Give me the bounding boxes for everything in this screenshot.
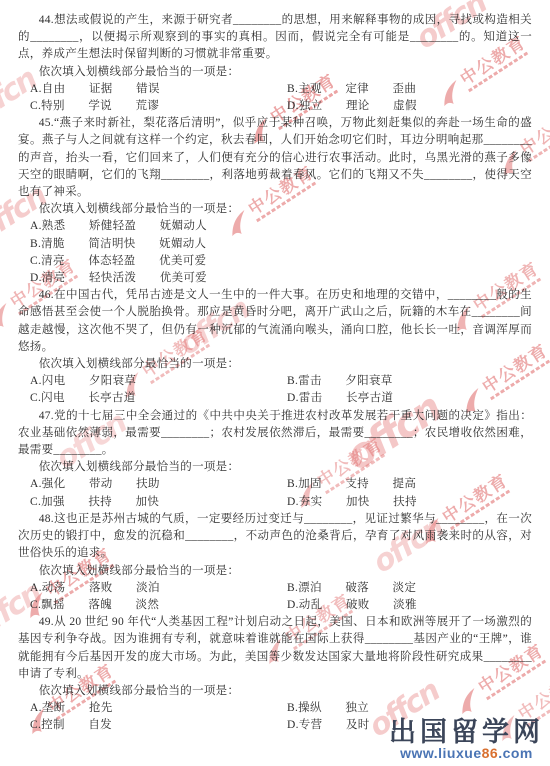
question-44-option-D: D.独立 理论 虚假 [287, 98, 532, 115]
question-44-stem: 44.想法或假说的产生，来源于研究者________的思想，用来解释事物的成因，… [18, 12, 532, 64]
question-45-prompt: 依次填入划横线部分最恰当的一项是： [18, 201, 532, 218]
question-47-stem: 47.党的十七届三中全会通过的《中共中央关于推进农村改革发展若干重大问题的决定》… [18, 408, 532, 460]
url-prefix: www.liuxue [400, 745, 482, 761]
question-46-stem: 46.在中国古代，凭吊古迹是文人一生中的一件大事。在历史和地理的交错中，____… [18, 287, 532, 356]
question-47-option-A: A.强化 带动 扶助 [30, 476, 287, 493]
question-45-option-D: D.清亮 轻快活泼 优美可爱 [30, 270, 532, 287]
question-49-prompt: 依次填入划横线部分最恰当的一项是： [18, 683, 532, 700]
question-45-option-B: B.清脆 简洁明快 妩媚动人 [30, 236, 532, 253]
question-48-option-A: A.动荡 落败 淡泊 [30, 580, 287, 597]
question-45-option-A: A.熟悉 矫健轻盈 妩媚动人 [30, 218, 532, 235]
question-49-option-C: C.控制 自发 [30, 717, 287, 734]
question-44-option-A: A.自由 证据 错误 [30, 81, 287, 98]
question-45-stem: 45.“燕子来时新社，梨花落后清明”，似乎应于某种召唤，万物此刻赶集似的奔赴一场… [18, 115, 532, 201]
question-46-option-D: D.雷击 长亭古道 [287, 390, 532, 407]
question-47-option-B: B.加固 支持 提高 [287, 476, 532, 493]
question-48-option-C: C.飘摇 落魄 淡然 [30, 597, 287, 614]
exam-page: offcn中公教育中公教育offcn中公教育中公教育offcn中公教育offcn… [0, 0, 550, 766]
question-47-prompt: 依次填入划横线部分最恰当的一项是： [18, 459, 532, 476]
question-49-option-A: A.垄断 抢先 [30, 700, 287, 717]
url-suffix: .com [498, 745, 533, 761]
question-47-options: A.强化 带动 扶助B.加固 支持 提高C.加强 扶持 加快D.夯实 加快 扶持 [18, 476, 532, 510]
question-45-options: A.熟悉 矫健轻盈 妩媚动人B.清脆 简洁明快 妩媚动人C.清亮 体态轻盈 优美… [18, 218, 532, 287]
question-49-option-B: B.操纵 独立 [287, 700, 532, 717]
question-47-option-C: C.加强 扶持 加快 [30, 494, 287, 511]
question-44-option-B: B.主观 定律 歪曲 [287, 81, 532, 98]
question-48-option-D: D.动乱 破败 淡雅 [287, 597, 532, 614]
question-48: 48.这也正是苏州古城的气质，一定要经历过变迁与________，见证过繁华与_… [18, 511, 532, 614]
site-url-text: www.liuxue86.com [389, 746, 544, 761]
question-list: 44.想法或假说的产生，来源于研究者________的思想，用来解释事物的成因，… [0, 0, 550, 735]
question-46-option-C: C.闪电 长亭古道 [30, 390, 287, 407]
question-45: 45.“燕子来时新社，梨花落后清明”，似乎应于某种召唤，万物此刻赶集似的奔赴一场… [18, 115, 532, 287]
site-name-text: 出国留学网 [389, 719, 544, 746]
question-46-option-B: B.雷击 夕阳衰草 [287, 373, 532, 390]
question-47-option-D: D.夯实 加快 扶持 [287, 494, 532, 511]
site-logo: 出国留学网 www.liuxue86.com [389, 719, 544, 761]
question-44-option-C: C.特别 学说 荒谬 [30, 98, 287, 115]
question-47: 47.党的十七届三中全会通过的《中共中央关于推进农村改革发展若干重大问题的决定》… [18, 408, 532, 511]
question-46-options: A.闪电 夕阳衰草B.雷击 夕阳衰草C.闪电 长亭古道D.雷击 长亭古道 [18, 373, 532, 407]
question-48-options: A.动荡 落败 淡泊B.漂泊 破落 淡定C.飘摇 落魄 淡然D.动乱 破败 淡雅 [18, 580, 532, 614]
question-49-stem: 49.从 20 世纪 90 年代“人类基因工程”计划启动之日起，美国、日本和欧洲… [18, 614, 532, 683]
question-46-option-A: A.闪电 夕阳衰草 [30, 373, 287, 390]
question-44-prompt: 依次填入划横线部分最恰当的一项是： [18, 64, 532, 81]
question-46: 46.在中国古代，凭吊古迹是文人一生中的一件大事。在历史和地理的交错中，____… [18, 287, 532, 407]
question-48-option-B: B.漂泊 破落 淡定 [287, 580, 532, 597]
question-45-option-C: C.清亮 体态轻盈 优美可爱 [30, 253, 532, 270]
url-number: 86 [482, 745, 499, 761]
question-44: 44.想法或假说的产生，来源于研究者________的思想，用来解释事物的成因，… [18, 12, 532, 115]
question-48-stem: 48.这也正是苏州古城的气质，一定要经历过变迁与________，见证过繁华与_… [18, 511, 532, 563]
question-48-prompt: 依次填入划横线部分最恰当的一项是： [18, 563, 532, 580]
question-46-prompt: 依次填入划横线部分最恰当的一项是： [18, 356, 532, 373]
question-44-options: A.自由 证据 错误B.主观 定律 歪曲C.特别 学说 荒谬D.独立 理论 虚假 [18, 81, 532, 115]
